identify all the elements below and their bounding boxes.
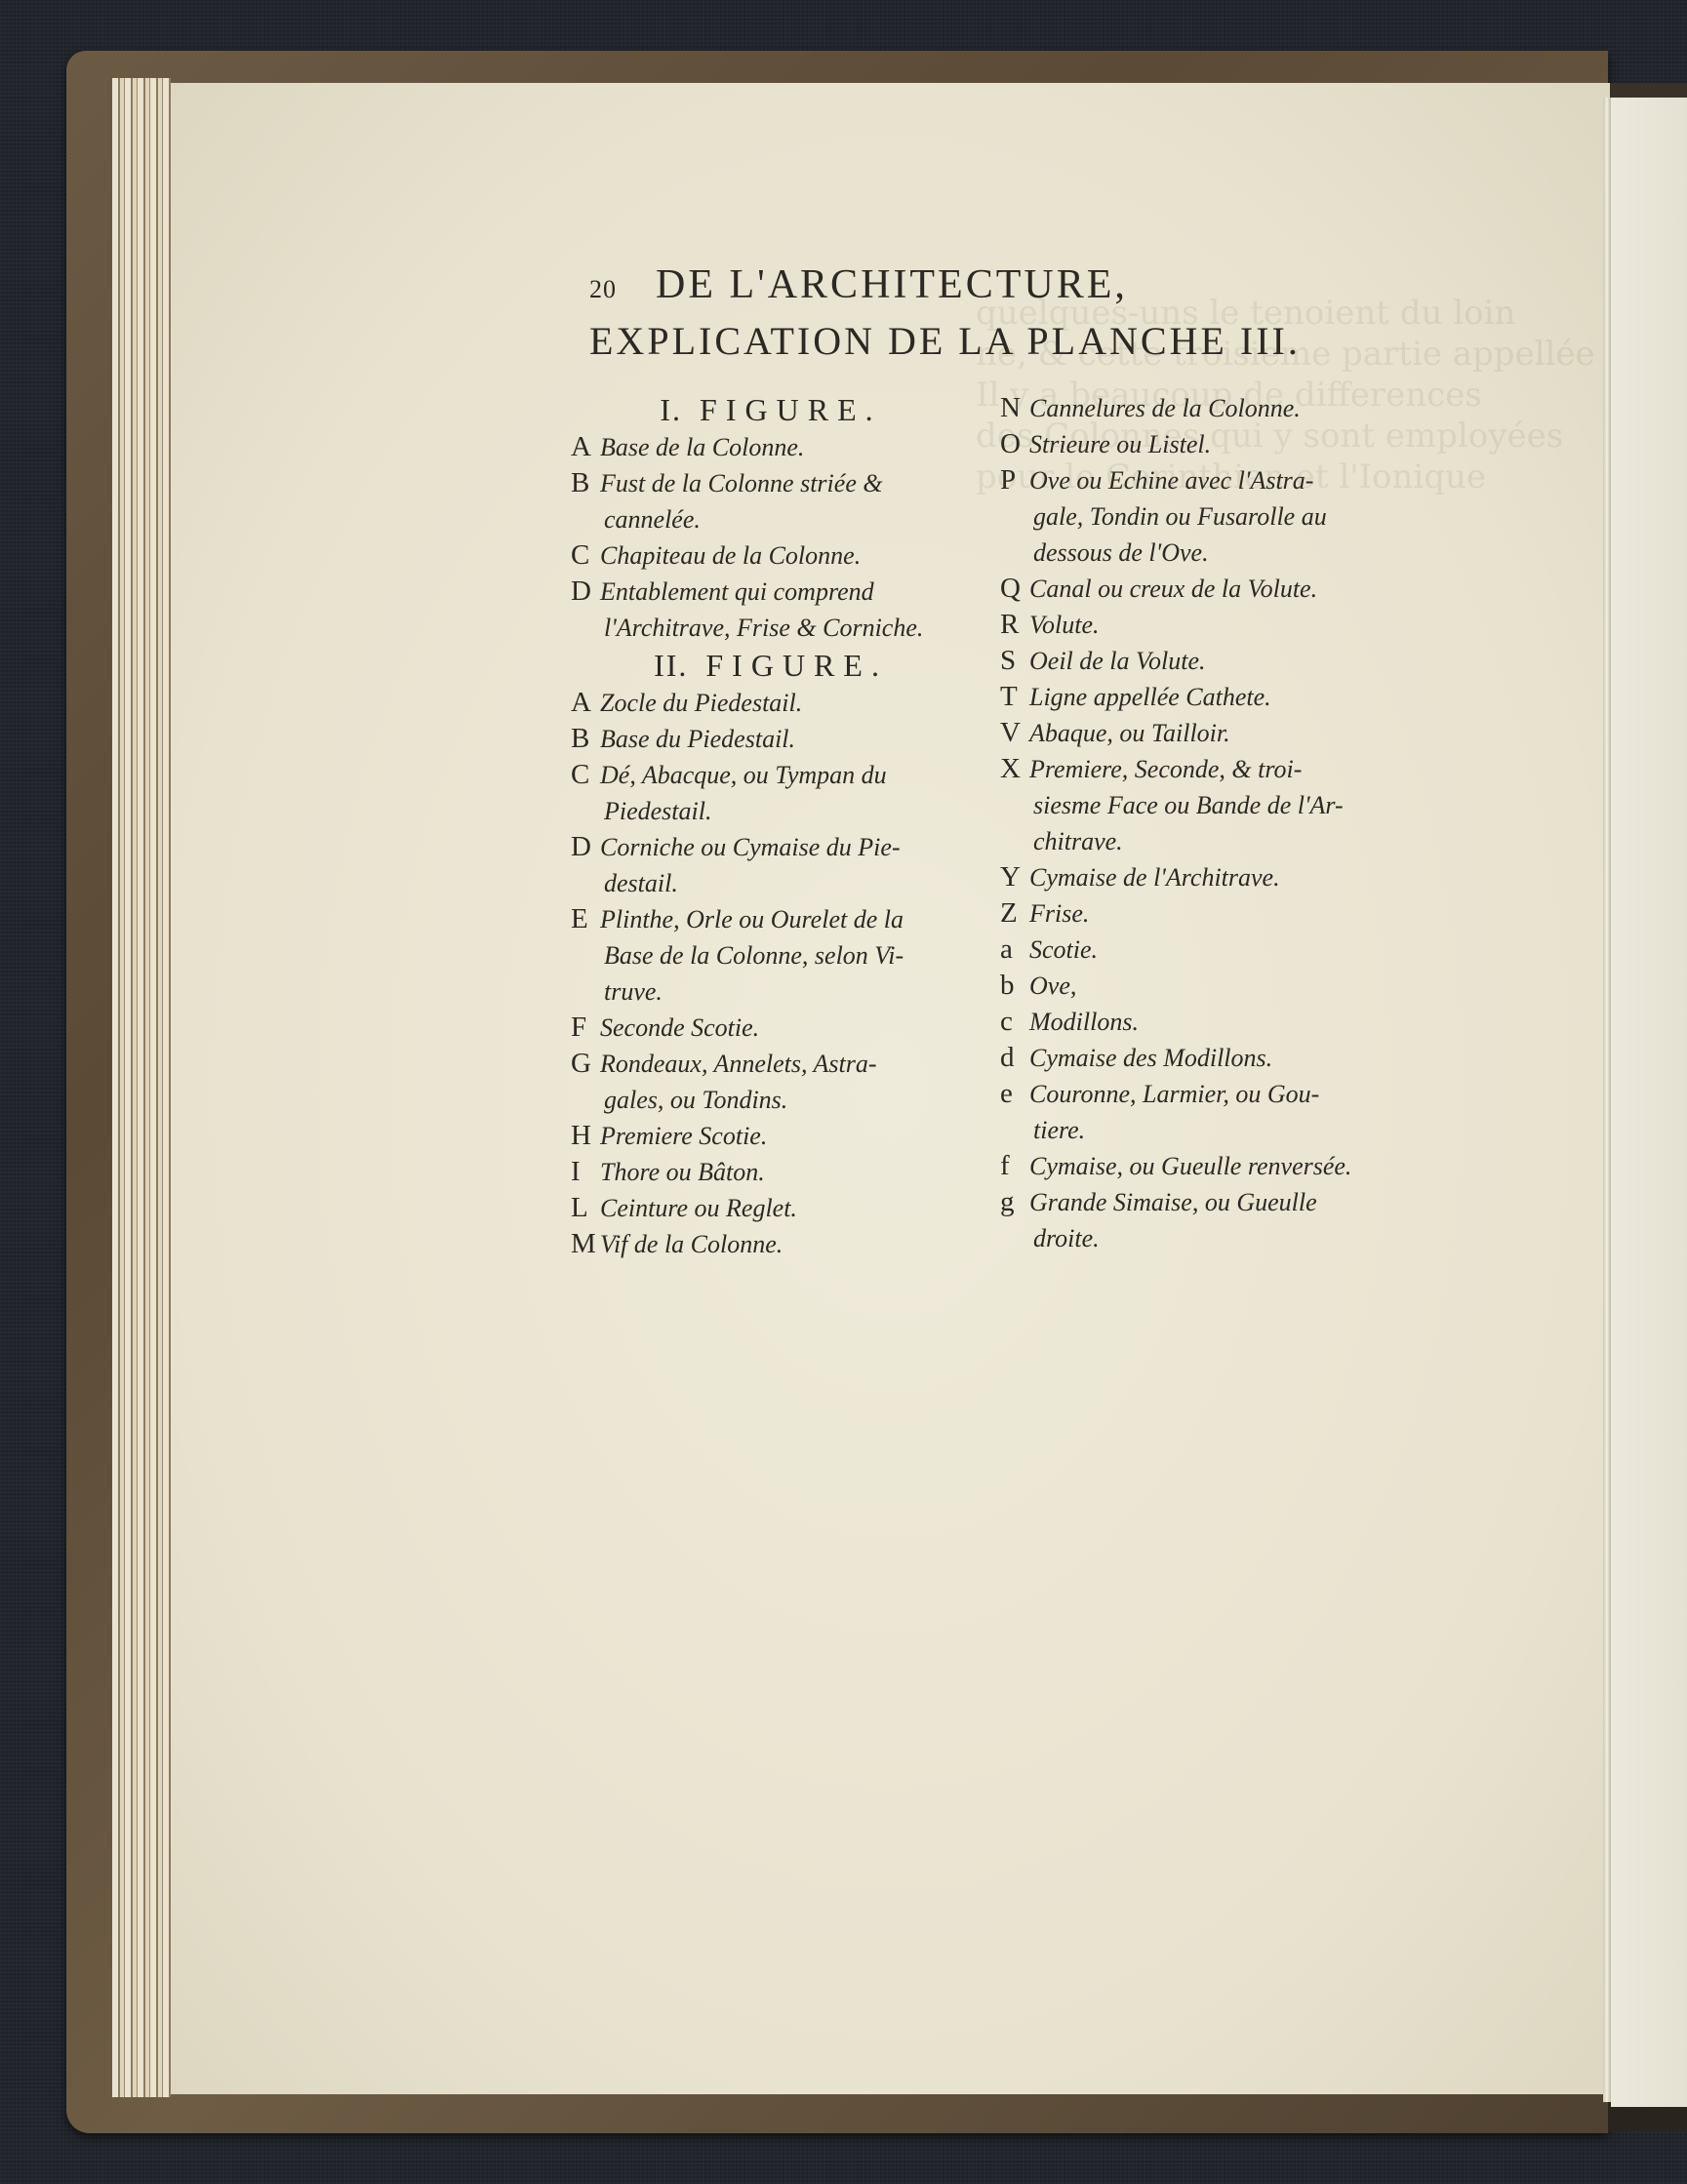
figure-1-legend: ABase de la Colonne.BFust de la Colonne … [571,429,1000,646]
legend-entry: XPremiere, Seconde, & troi-siesme Face o… [1000,751,1459,859]
legend-text: Canal ou creux de la Volute. [1029,571,1459,607]
page-number: 20 [589,275,617,304]
legend-key: E [571,901,600,1010]
legend-text: Volute. [1029,607,1459,643]
legend-text: Ove ou Echine avec l'Astra-gale, Tondin … [1029,462,1459,571]
legend-key: L [571,1190,600,1226]
legend-text: Ligne appellée Cathete. [1029,679,1459,715]
legend-entry: MVif de la Colonne. [571,1226,1000,1262]
legend-entry: fCymaise, ou Gueulle renversée. [1000,1148,1459,1184]
legend-text: Cannelures de la Colonne. [1029,390,1459,426]
legend-entry: eCouronne, Larmier, ou Gou-tiere. [1000,1076,1459,1148]
legend-entry: LCeinture ou Reglet. [571,1190,1000,1226]
legend-text: Thore ou Bâton. [600,1154,1000,1190]
legend-text: Entablement qui comprendl'Architrave, Fr… [600,574,1000,646]
legend-key: b [1000,968,1029,1004]
legend-entry: DCorniche ou Cymaise du Pie-destail. [571,829,1000,901]
legend-text: Frise. [1029,895,1459,932]
legend-text: Plinthe, Orle ou Ourelet de laBase de la… [600,901,1000,1010]
legend-text: Oeil de la Volute. [1029,643,1459,679]
legend-key: D [571,574,600,646]
legend-text: Vif de la Colonne. [600,1226,1000,1262]
legend-text: Base de la Colonne. [600,429,1000,465]
legend-text: Abaque, ou Tailloir. [1029,715,1459,751]
legend-entry: DEntablement qui comprendl'Architrave, F… [571,574,1000,646]
legend-key: Z [1000,895,1029,932]
legend-entry: OStrieure ou Listel. [1000,426,1459,462]
left-column: I.FIGURE. ABase de la Colonne.BFust de l… [571,390,1000,1262]
legend-entry: ABase de la Colonne. [571,429,1000,465]
legend-entry: TLigne appellée Cathete. [1000,679,1459,715]
legend-key: g [1000,1184,1029,1256]
legend-key: X [1000,751,1029,859]
legend-text: Chapiteau de la Colonne. [600,537,1000,574]
legend-key: e [1000,1076,1029,1148]
legend-text: Cymaise de l'Architrave. [1029,859,1459,895]
legend-key: T [1000,679,1029,715]
running-head: 20 DE L'ARCHITECTURE, [589,261,1448,308]
legend-text: Rondeaux, Annelets, Astra-gales, ou Tond… [600,1046,1000,1118]
legend-key: V [1000,715,1029,751]
legend-entry: cModillons. [1000,1004,1459,1040]
legend-text: Corniche ou Cymaise du Pie-destail. [600,829,1000,901]
legend-text: Ceinture ou Reglet. [600,1190,1000,1226]
legend-entry: VAbaque, ou Tailloir. [1000,715,1459,751]
running-title: DE L'ARCHITECTURE, [656,261,1128,308]
legend-text: Cymaise, ou Gueulle renversée. [1029,1148,1459,1184]
legend-text: Premiere Scotie. [600,1118,1000,1154]
page-fore-edge [112,78,171,2097]
legend-text: Dé, Abacque, ou Tympan duPiedestail. [600,757,1000,829]
legend-entry: IThore ou Bâton. [571,1154,1000,1190]
legend-key: M [571,1226,600,1262]
legend-key: N [1000,390,1029,426]
legend-key: F [571,1010,600,1046]
legend-entry: FSeconde Scotie. [571,1010,1000,1046]
legend-entry: ZFrise. [1000,895,1459,932]
legend-entry: HPremiere Scotie. [571,1118,1000,1154]
figure-1-heading: I.FIGURE. [571,390,1000,429]
legend-key: G [571,1046,600,1118]
facing-page-edge [1611,98,1687,2107]
legend-entry: aScotie. [1000,932,1459,968]
legend-key: A [571,429,600,465]
legend-entry: GRondeaux, Annelets, Astra-gales, ou Ton… [571,1046,1000,1118]
legend-key: a [1000,932,1029,968]
legend-key: B [571,465,600,537]
figure-2-heading: II.FIGURE. [571,646,1000,685]
legend-key: d [1000,1040,1029,1076]
legend-key: S [1000,643,1029,679]
plate-title: EXPLICATION DE LA PLANCHE III. [589,318,1467,364]
legend-entry: EPlinthe, Orle ou Ourelet de laBase de l… [571,901,1000,1010]
legend-key: O [1000,426,1029,462]
legend-entry: QCanal ou creux de la Volute. [1000,571,1459,607]
legend-key: H [571,1118,600,1154]
legend-key: P [1000,462,1029,571]
legend-key: C [571,757,600,829]
legend-entry: CDé, Abacque, ou Tympan duPiedestail. [571,757,1000,829]
legend-text: Couronne, Larmier, ou Gou-tiere. [1029,1076,1459,1148]
legend-key: R [1000,607,1029,643]
figure-2-legend: AZocle du Piedestail.BBase du Piedestail… [571,685,1000,1262]
legend-entry: AZocle du Piedestail. [571,685,1000,721]
page-gutter [1603,98,1611,2102]
legend-entry: SOeil de la Volute. [1000,643,1459,679]
legend-entry: BFust de la Colonne striée &cannelée. [571,465,1000,537]
legend-text: Grande Simaise, ou Gueulledroite. [1029,1184,1459,1256]
legend-text: Zocle du Piedestail. [600,685,1000,721]
legend-entry: gGrande Simaise, ou Gueulledroite. [1000,1184,1459,1256]
legend-text: Cymaise des Modillons. [1029,1040,1459,1076]
legend-key: f [1000,1148,1029,1184]
legend-entry: BBase du Piedestail. [571,721,1000,757]
legend-entry: bOve, [1000,968,1459,1004]
legend-text: Base du Piedestail. [600,721,1000,757]
legend-key: c [1000,1004,1029,1040]
legend-text: Scotie. [1029,932,1459,968]
legend-entry: POve ou Echine avec l'Astra-gale, Tondin… [1000,462,1459,571]
legend-text: Strieure ou Listel. [1029,426,1459,462]
legend-entry: NCannelures de la Colonne. [1000,390,1459,426]
legend-key: Y [1000,859,1029,895]
legend-entry: CChapiteau de la Colonne. [571,537,1000,574]
legend-key: D [571,829,600,901]
legend-key: B [571,721,600,757]
legend-entry: dCymaise des Modillons. [1000,1040,1459,1076]
right-column: NCannelures de la Colonne.OStrieure ou L… [1000,390,1459,1256]
legend-text: Premiere, Seconde, & troi-siesme Face ou… [1029,751,1459,859]
legend-key: I [571,1154,600,1190]
legend-key: A [571,685,600,721]
legend-text: Fust de la Colonne striée &cannelée. [600,465,1000,537]
legend-entry: YCymaise de l'Architrave. [1000,859,1459,895]
legend-text: Seconde Scotie. [600,1010,1000,1046]
legend-text: Modillons. [1029,1004,1459,1040]
legend-text: Ove, [1029,968,1459,1004]
legend-entry: RVolute. [1000,607,1459,643]
legend-key: Q [1000,571,1029,607]
legend-key: C [571,537,600,574]
figure-2-legend-continued: NCannelures de la Colonne.OStrieure ou L… [1000,390,1459,1256]
